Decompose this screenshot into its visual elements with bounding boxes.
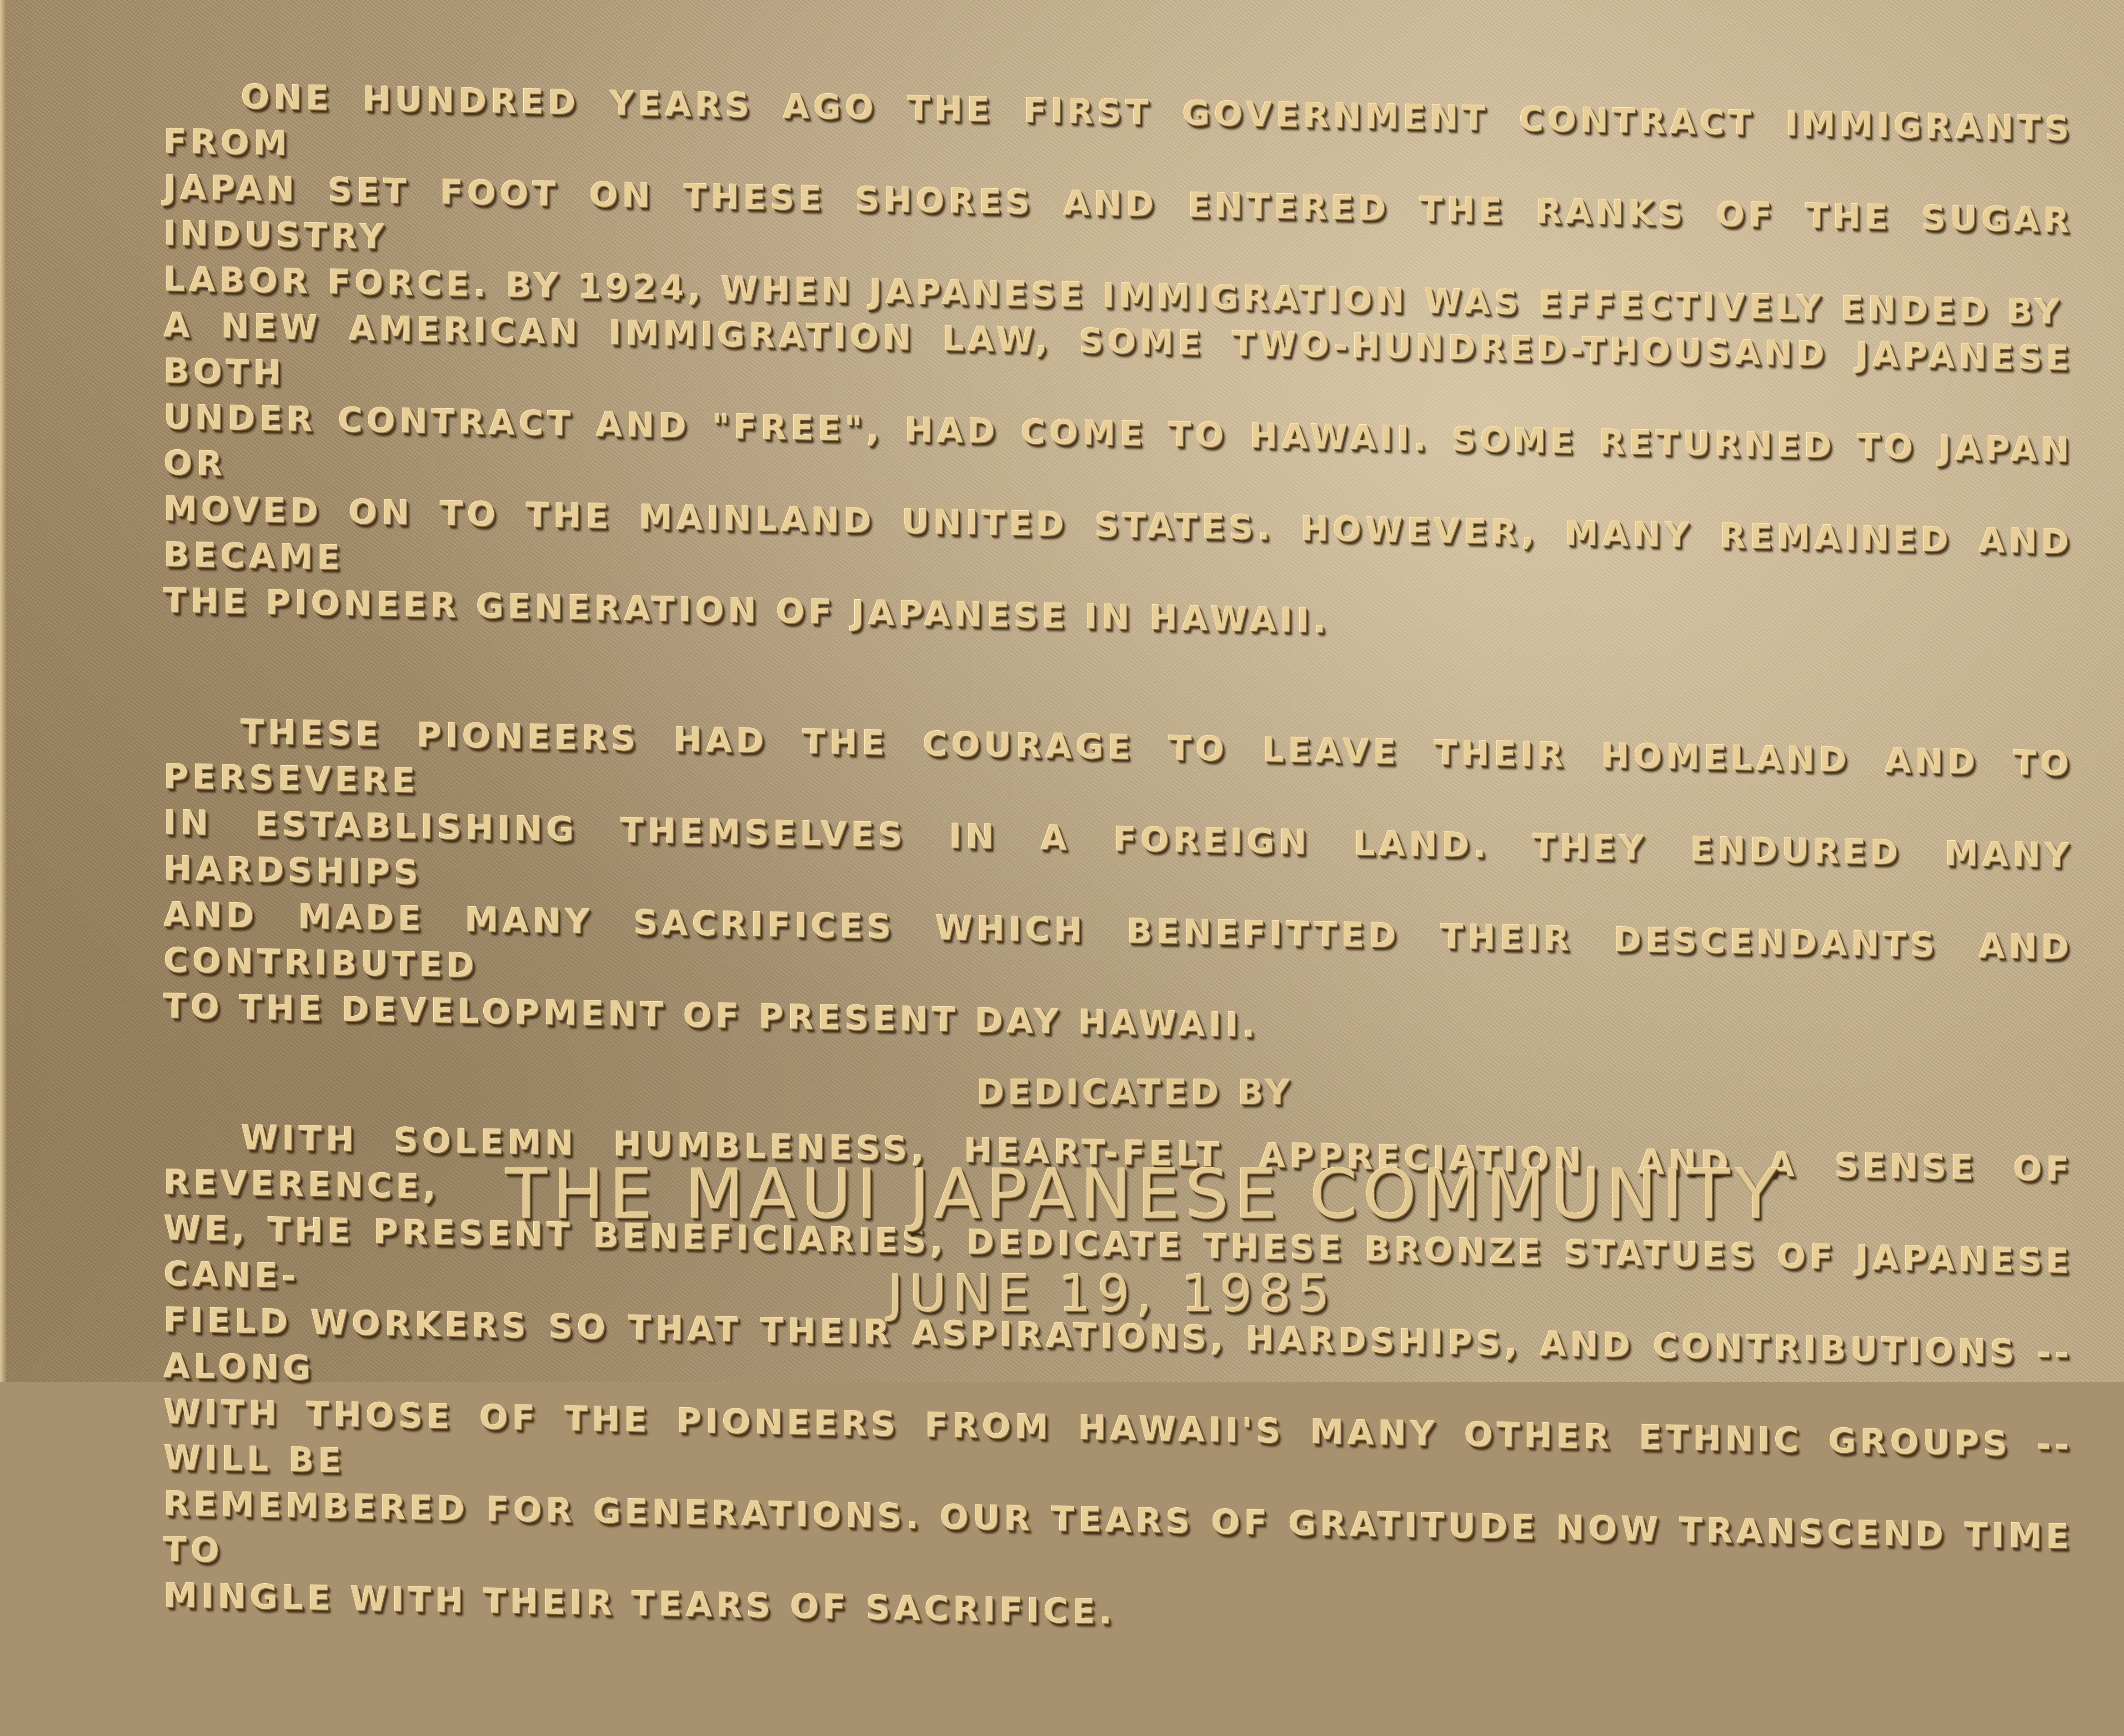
bronze-plaque: ONE HUNDRED YEARS AGO THE FIRST GOVERNME… [0,0,2124,1382]
paragraph-pioneers: THESE PIONEERS HAD THE COURAGE TO LEAVE … [164,708,2073,1063]
paragraph-dedication-statement: WITH SOLEMN HUMBLENESS, HEART-FELT APPRE… [164,1114,2073,1382]
plaque-border [0,0,6,1382]
organization-name: THE MAUI JAPANESE COMMUNITY [82,1155,2124,1234]
dedicated-by-label: DEDICATED BY [73,1073,2124,1112]
dedication-date: JUNE 19, 1985 [50,1264,2124,1323]
paragraph-immigration-history: ONE HUNDRED YEARS AGO THE FIRST GOVERNME… [164,73,2073,657]
